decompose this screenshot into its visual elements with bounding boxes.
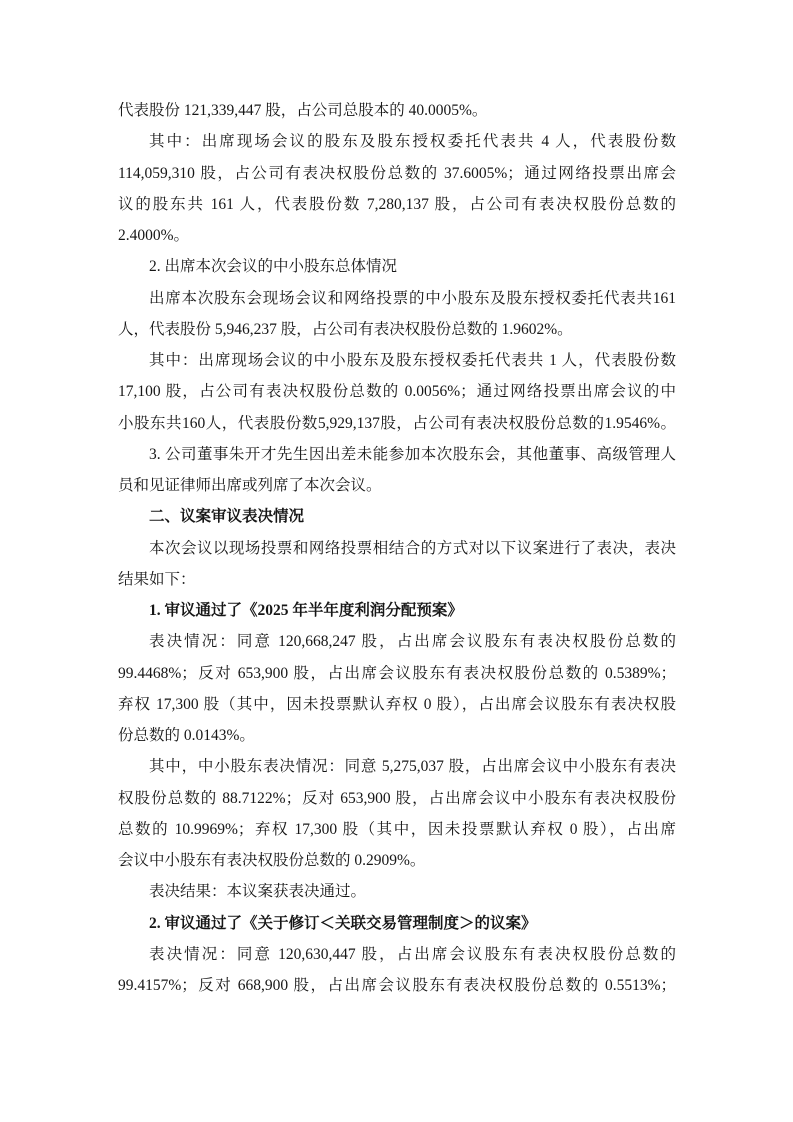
text-line: 结果如下： (118, 564, 676, 595)
text-line: 人，代表股份 5,946,237 股，占公司有表决权股份总数的 1.9602%。 (118, 314, 676, 345)
document-body: 代表股份 121,339,447 股，占公司总股本的 40.0005%。其中：出… (118, 95, 676, 1001)
text-line: 代表股份 121,339,447 股，占公司总股本的 40.0005%。 (118, 95, 676, 126)
text-line: 小股东共160人，代表股份数5,929,137股，占公司有表决权股份总数的1.9… (118, 408, 676, 439)
text-line: 表决情况：同意 120,630,447 股，占出席会议股东有表决权股份总数的 (118, 939, 676, 970)
text-line: 2.4000%。 (118, 220, 676, 251)
text-line: 其中：出席现场会议的中小股东及股东授权委托代表共 1 人，代表股份数 (118, 345, 676, 376)
text-line: 本次会议以现场投票和网络投票相结合的方式对以下议案进行了表决，表决 (118, 533, 676, 564)
text-line: 会议中小股东有表决权股份总数的 0.2909%。 (118, 845, 676, 876)
text-line: 17,100 股，占公司有表决权股份总数的 0.0056%；通过网络投票出席会议… (118, 376, 676, 407)
text-line: 份总数的 0.0143%。 (118, 720, 676, 751)
text-line: 其中：出席现场会议的股东及股东授权委托代表共 4 人，代表股份数 (118, 126, 676, 157)
heading-line: 二、议案审议表决情况 (118, 501, 676, 532)
text-line: 2. 出席本次会议的中小股东总体情况 (118, 251, 676, 282)
text-line: 99.4157%；反对 668,900 股，占出席会议股东有表决权股份总数的 0… (118, 970, 676, 1001)
text-line: 权股份总数的 88.7122%；反对 653,900 股，占出席会议中小股东有表… (118, 783, 676, 814)
heading-line: 2. 审议通过了《关于修订＜关联交易管理制度＞的议案》 (118, 908, 676, 939)
heading-line: 1. 审议通过了《2025 年半年度利润分配预案》 (118, 595, 676, 626)
text-line: 3. 公司董事朱开才先生因出差未能参加本次股东会，其他董事、高级管理人 (118, 439, 676, 470)
document-page: 代表股份 121,339,447 股，占公司总股本的 40.0005%。其中：出… (0, 0, 793, 1122)
text-line: 弃权 17,300 股（其中，因未投票默认弃权 0 股），占出席会议股东有表决权… (118, 689, 676, 720)
text-line: 出席本次股东会现场会议和网络投票的中小股东及股东授权委托代表共161 (118, 283, 676, 314)
text-line: 114,059,310 股，占公司有表决权股份总数的 37.6005%；通过网络… (118, 158, 676, 189)
text-line: 99.4468%；反对 653,900 股，占出席会议股东有表决权股份总数的 0… (118, 658, 676, 689)
text-line: 议的股东共 161 人，代表股份数 7,280,137 股，占公司有表决权股份总… (118, 189, 676, 220)
text-line: 其中，中小股东表决情况：同意 5,275,037 股，占出席会议中小股东有表决 (118, 751, 676, 782)
text-line: 总数的 10.9969%；弃权 17,300 股（其中，因未投票默认弃权 0 股… (118, 814, 676, 845)
text-line: 表决情况：同意 120,668,247 股，占出席会议股东有表决权股份总数的 (118, 626, 676, 657)
text-line: 员和见证律师出席或列席了本次会议。 (118, 470, 676, 501)
text-line: 表决结果：本议案获表决通过。 (118, 876, 676, 907)
